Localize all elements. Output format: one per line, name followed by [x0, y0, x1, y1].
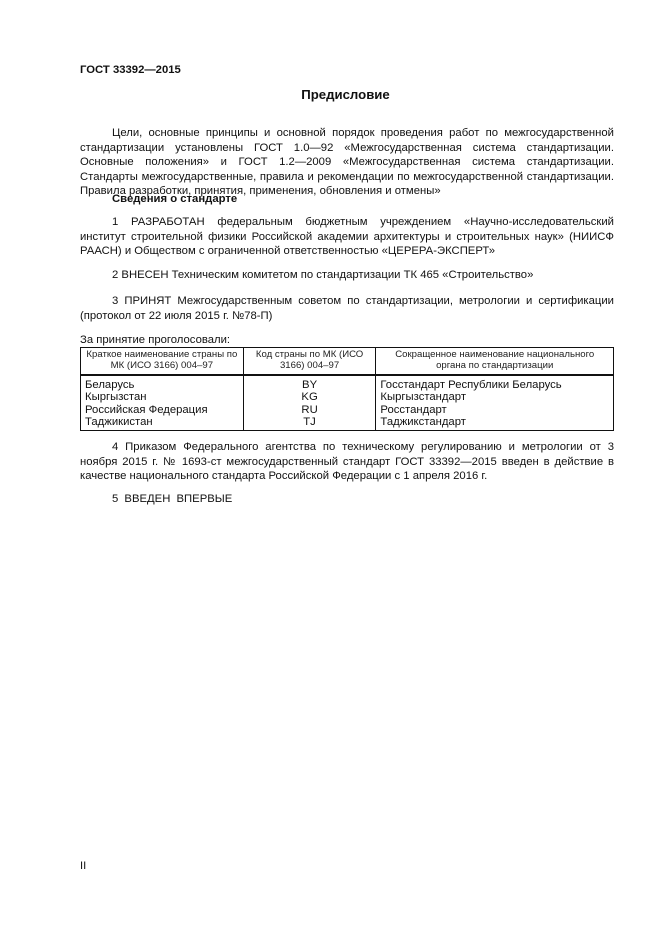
body-cell: Росстандарт: [376, 404, 614, 417]
body-cell: Таджикстандарт: [376, 416, 614, 430]
table-header-row: Краткое наименование страны по МК (ИСО 3…: [81, 348, 614, 375]
page-number: II: [80, 859, 86, 874]
document-code-header: ГОСТ 33392—2015: [80, 63, 181, 78]
country-cell: Беларусь: [81, 375, 244, 392]
table-row: Беларусь BY Госстандарт Республики Белар…: [81, 375, 614, 392]
item-enacted: 4 Приказом Федерального агентства по тех…: [80, 440, 614, 484]
country-cell: Таджикистан: [81, 416, 244, 430]
table-row: Кыргызстан KG Кыргызстандарт: [81, 391, 614, 404]
table-row: Российская Федерация RU Росстандарт: [81, 404, 614, 417]
intro-paragraph: Цели, основные принципы и основной поряд…: [80, 126, 614, 199]
item-adopted: 3 ПРИНЯТ Межгосударственным советом по с…: [80, 294, 614, 323]
body-cell: Госстандарт Республики Беларусь: [376, 375, 614, 392]
code-cell: KG: [243, 391, 376, 404]
table-row: Таджикистан TJ Таджикстандарт: [81, 416, 614, 430]
item-first-introduced: 5 ВВЕДЕН ВПЕРВЫЕ: [112, 492, 232, 507]
item-developed: 1 РАЗРАБОТАН федеральным бюджетным учреж…: [80, 215, 614, 259]
votes-table: Краткое наименование страны по МК (ИСО 3…: [80, 347, 614, 431]
column-header-code: Код страны по МК (ИСО 3166) 004–97: [243, 348, 376, 375]
info-heading: Сведения о стандарте: [112, 192, 237, 207]
country-cell: Кыргызстан: [81, 391, 244, 404]
item-introduced-by: 2 ВНЕСЕН Техническим комитетом по станда…: [80, 268, 614, 283]
column-header-country: Краткое наименование страны по МК (ИСО 3…: [81, 348, 244, 375]
section-title: Предисловие: [0, 88, 661, 103]
document-page: ГОСТ 33392—2015 Предисловие Цели, основн…: [0, 0, 661, 935]
body-cell: Кыргызстандарт: [376, 391, 614, 404]
code-cell: TJ: [243, 416, 376, 430]
code-cell: BY: [243, 375, 376, 392]
column-header-body: Сокращенное наименование национального о…: [376, 348, 614, 375]
country-cell: Российская Федерация: [81, 404, 244, 417]
code-cell: RU: [243, 404, 376, 417]
votes-label: За принятие проголосовали:: [80, 333, 230, 348]
